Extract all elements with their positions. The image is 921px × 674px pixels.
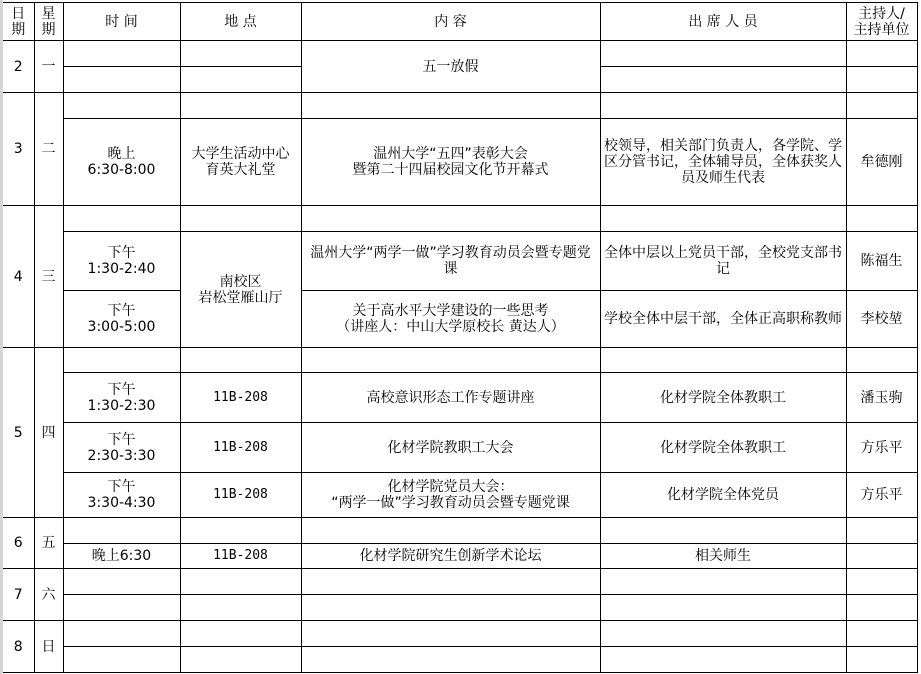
host-cell[interactable] bbox=[846, 518, 917, 544]
table-row bbox=[3, 647, 917, 673]
attendees-cell[interactable] bbox=[600, 67, 846, 93]
attendees-cell[interactable]: 全体中层以上党员干部，全校党支部书记 bbox=[600, 232, 846, 291]
place-cell[interactable]: 大学生活动中心 育英大礼堂 bbox=[180, 119, 301, 206]
attendees-cell[interactable] bbox=[600, 518, 846, 544]
weekday-cell[interactable]: 二 bbox=[34, 93, 63, 206]
table-row: 下午 1:30-2:40 南校区 岩松堂雁山厅 温州大学“两学一做”学习教育动员… bbox=[3, 232, 917, 291]
host-cell[interactable] bbox=[846, 595, 917, 621]
table-row: 下午 1:30-2:30 11B-208 高校意识形态工作专题讲座 化材学院全体… bbox=[3, 373, 917, 423]
content-cell[interactable] bbox=[301, 595, 600, 621]
time-cell[interactable]: 晚上 6:30-8:00 bbox=[63, 119, 180, 206]
header-row: 日 期 星 期 时 间 地 点 内 容 出 席 人 员 主持人/ 主持单位 bbox=[3, 3, 917, 41]
time-cell[interactable]: 下午 3:00-5:00 bbox=[63, 291, 180, 348]
table-row: 5 四 bbox=[3, 348, 917, 373]
place-cell[interactable] bbox=[180, 206, 301, 232]
time-cell[interactable] bbox=[63, 67, 180, 93]
time-cell[interactable] bbox=[63, 348, 180, 373]
place-cell[interactable] bbox=[180, 569, 301, 595]
date-cell[interactable]: 5 bbox=[3, 348, 34, 518]
time-cell[interactable] bbox=[63, 595, 180, 621]
header-content: 内 容 bbox=[301, 3, 600, 41]
date-cell[interactable]: 3 bbox=[3, 93, 34, 206]
content-cell[interactable] bbox=[301, 621, 600, 647]
weekly-schedule-table: 日 期 星 期 时 间 地 点 内 容 出 席 人 员 主持人/ 主持单位 2 … bbox=[3, 2, 918, 673]
date-cell[interactable]: 6 bbox=[3, 518, 34, 569]
weekday-cell[interactable]: 六 bbox=[34, 569, 63, 621]
time-cell[interactable]: 下午 1:30-2:40 bbox=[63, 232, 180, 291]
place-cell[interactable] bbox=[180, 93, 301, 119]
time-cell[interactable] bbox=[63, 206, 180, 232]
spreadsheet: 日 期 星 期 时 间 地 点 内 容 出 席 人 员 主持人/ 主持单位 2 … bbox=[3, 2, 918, 673]
weekday-cell[interactable]: 三 bbox=[34, 206, 63, 348]
place-cell[interactable] bbox=[180, 518, 301, 544]
table-row: 3 二 bbox=[3, 93, 917, 119]
host-cell[interactable] bbox=[846, 67, 917, 93]
place-cell[interactable]: 11B-208 bbox=[180, 373, 301, 423]
content-cell[interactable]: 化材学院研究生创新学术论坛 bbox=[301, 544, 600, 569]
host-cell[interactable]: 李校堃 bbox=[846, 291, 917, 348]
place-cell[interactable] bbox=[180, 647, 301, 673]
date-cell[interactable]: 4 bbox=[3, 206, 34, 348]
place-cell[interactable] bbox=[180, 348, 301, 373]
attendees-cell[interactable] bbox=[600, 647, 846, 673]
time-cell[interactable] bbox=[63, 93, 180, 119]
table-row: 晚上 6:30-8:00 大学生活动中心 育英大礼堂 温州大学“五四”表彰大会 … bbox=[3, 119, 917, 206]
host-cell[interactable] bbox=[846, 206, 917, 232]
time-cell[interactable] bbox=[63, 621, 180, 647]
content-cell[interactable]: 温州大学“五四”表彰大会 暨第二十四届校园文化节开幕式 bbox=[301, 119, 600, 206]
host-cell[interactable] bbox=[846, 621, 917, 647]
content-cell[interactable] bbox=[301, 348, 600, 373]
place-cell[interactable] bbox=[180, 67, 301, 93]
content-cell[interactable]: 关于高水平大学建设的一些思考 （讲座人：中山大学原校长 黄达人） bbox=[301, 291, 600, 348]
header-host: 主持人/ 主持单位 bbox=[846, 3, 917, 41]
content-cell[interactable]: 化材学院党员大会： “两学一做”学习教育动员会暨专题党课 bbox=[301, 473, 600, 518]
place-cell[interactable]: 南校区 岩松堂雁山厅 bbox=[180, 232, 301, 348]
weekday-cell[interactable]: 日 bbox=[34, 621, 63, 673]
host-cell[interactable] bbox=[846, 569, 917, 595]
attendees-cell[interactable] bbox=[600, 206, 846, 232]
attendees-cell[interactable] bbox=[600, 569, 846, 595]
host-cell[interactable]: 陈福生 bbox=[846, 232, 917, 291]
weekday-cell[interactable]: 一 bbox=[34, 41, 63, 93]
header-time: 时 间 bbox=[63, 3, 180, 41]
host-cell[interactable] bbox=[846, 41, 917, 67]
weekday-cell[interactable]: 五 bbox=[34, 518, 63, 569]
attendees-cell[interactable]: 化材学院全体教职工 bbox=[600, 373, 846, 423]
host-cell[interactable] bbox=[846, 93, 917, 119]
time-cell[interactable] bbox=[63, 41, 180, 67]
table-row: 6 五 bbox=[3, 518, 917, 544]
table-row: 4 三 bbox=[3, 206, 917, 232]
content-cell[interactable]: 温州大学“两学一做”学习教育动员会暨专题党课 bbox=[301, 232, 600, 291]
host-cell[interactable]: 潘玉驹 bbox=[846, 373, 917, 423]
attendees-cell[interactable]: 相关师生 bbox=[600, 544, 846, 569]
time-cell[interactable] bbox=[63, 518, 180, 544]
header-place: 地 点 bbox=[180, 3, 301, 41]
time-cell[interactable] bbox=[63, 647, 180, 673]
table-row: 下午 3:30-4:30 11B-208 化材学院党员大会： “两学一做”学习教… bbox=[3, 473, 917, 518]
attendees-cell[interactable]: 化材学院全体教职工 bbox=[600, 423, 846, 473]
table-row: 下午 2:30-3:30 11B-208 化材学院教职工大会 化材学院全体教职工… bbox=[3, 423, 917, 473]
host-cell[interactable]: 方乐平 bbox=[846, 423, 917, 473]
time-cell[interactable]: 晚上6:30 bbox=[63, 544, 180, 569]
attendees-cell[interactable] bbox=[600, 41, 846, 67]
header-date: 日 期 bbox=[3, 3, 34, 41]
attendees-cell[interactable] bbox=[600, 348, 846, 373]
content-cell[interactable]: 化材学院教职工大会 bbox=[301, 423, 600, 473]
place-cell[interactable]: 11B-208 bbox=[180, 473, 301, 518]
attendees-cell[interactable]: 校领导，相关部门负责人，各学院、学区分管书记，全体辅导员，全体获奖人员及师生代表 bbox=[600, 119, 846, 206]
header-weekday: 星 期 bbox=[34, 3, 63, 41]
content-cell[interactable] bbox=[301, 518, 600, 544]
weekday-cell[interactable]: 四 bbox=[34, 348, 63, 518]
date-cell[interactable]: 2 bbox=[3, 41, 34, 93]
host-cell[interactable] bbox=[846, 647, 917, 673]
content-cell[interactable] bbox=[301, 206, 600, 232]
content-cell[interactable]: 五一放假 bbox=[301, 41, 600, 93]
time-cell[interactable]: 下午 3:30-4:30 bbox=[63, 473, 180, 518]
content-cell[interactable]: 高校意识形态工作专题讲座 bbox=[301, 373, 600, 423]
table-row: 2 一 五一放假 bbox=[3, 41, 917, 67]
content-cell[interactable] bbox=[301, 93, 600, 119]
time-cell[interactable]: 下午 2:30-3:30 bbox=[63, 423, 180, 473]
place-cell[interactable]: 11B-208 bbox=[180, 423, 301, 473]
table-row: 下午 3:00-5:00 关于高水平大学建设的一些思考 （讲座人：中山大学原校长… bbox=[3, 291, 917, 348]
date-cell[interactable]: 8 bbox=[3, 621, 34, 673]
table-row bbox=[3, 595, 917, 621]
content-cell[interactable] bbox=[301, 647, 600, 673]
table-row: 8 日 bbox=[3, 621, 917, 647]
attendees-cell[interactable] bbox=[600, 93, 846, 119]
table-row: 7 六 bbox=[3, 569, 917, 595]
time-cell[interactable] bbox=[63, 569, 180, 595]
place-cell[interactable] bbox=[180, 621, 301, 647]
place-cell[interactable] bbox=[180, 41, 301, 67]
time-cell[interactable]: 下午 1:30-2:30 bbox=[63, 373, 180, 423]
table-row: 晚上6:30 11B-208 化材学院研究生创新学术论坛 相关师生 bbox=[3, 544, 917, 569]
host-cell[interactable] bbox=[846, 348, 917, 373]
host-cell[interactable]: 牟德刚 bbox=[846, 119, 917, 206]
header-attendees: 出 席 人 员 bbox=[600, 3, 846, 41]
attendees-cell[interactable]: 化材学院全体党员 bbox=[600, 473, 846, 518]
host-cell[interactable] bbox=[846, 544, 917, 569]
date-cell[interactable]: 7 bbox=[3, 569, 34, 621]
attendees-cell[interactable]: 学校全体中层干部，全体正高职称教师 bbox=[600, 291, 846, 348]
attendees-cell[interactable] bbox=[600, 621, 846, 647]
place-cell[interactable]: 11B-208 bbox=[180, 544, 301, 569]
place-cell[interactable] bbox=[180, 595, 301, 621]
host-cell[interactable]: 方乐平 bbox=[846, 473, 917, 518]
attendees-cell[interactable] bbox=[600, 595, 846, 621]
content-cell[interactable] bbox=[301, 569, 600, 595]
